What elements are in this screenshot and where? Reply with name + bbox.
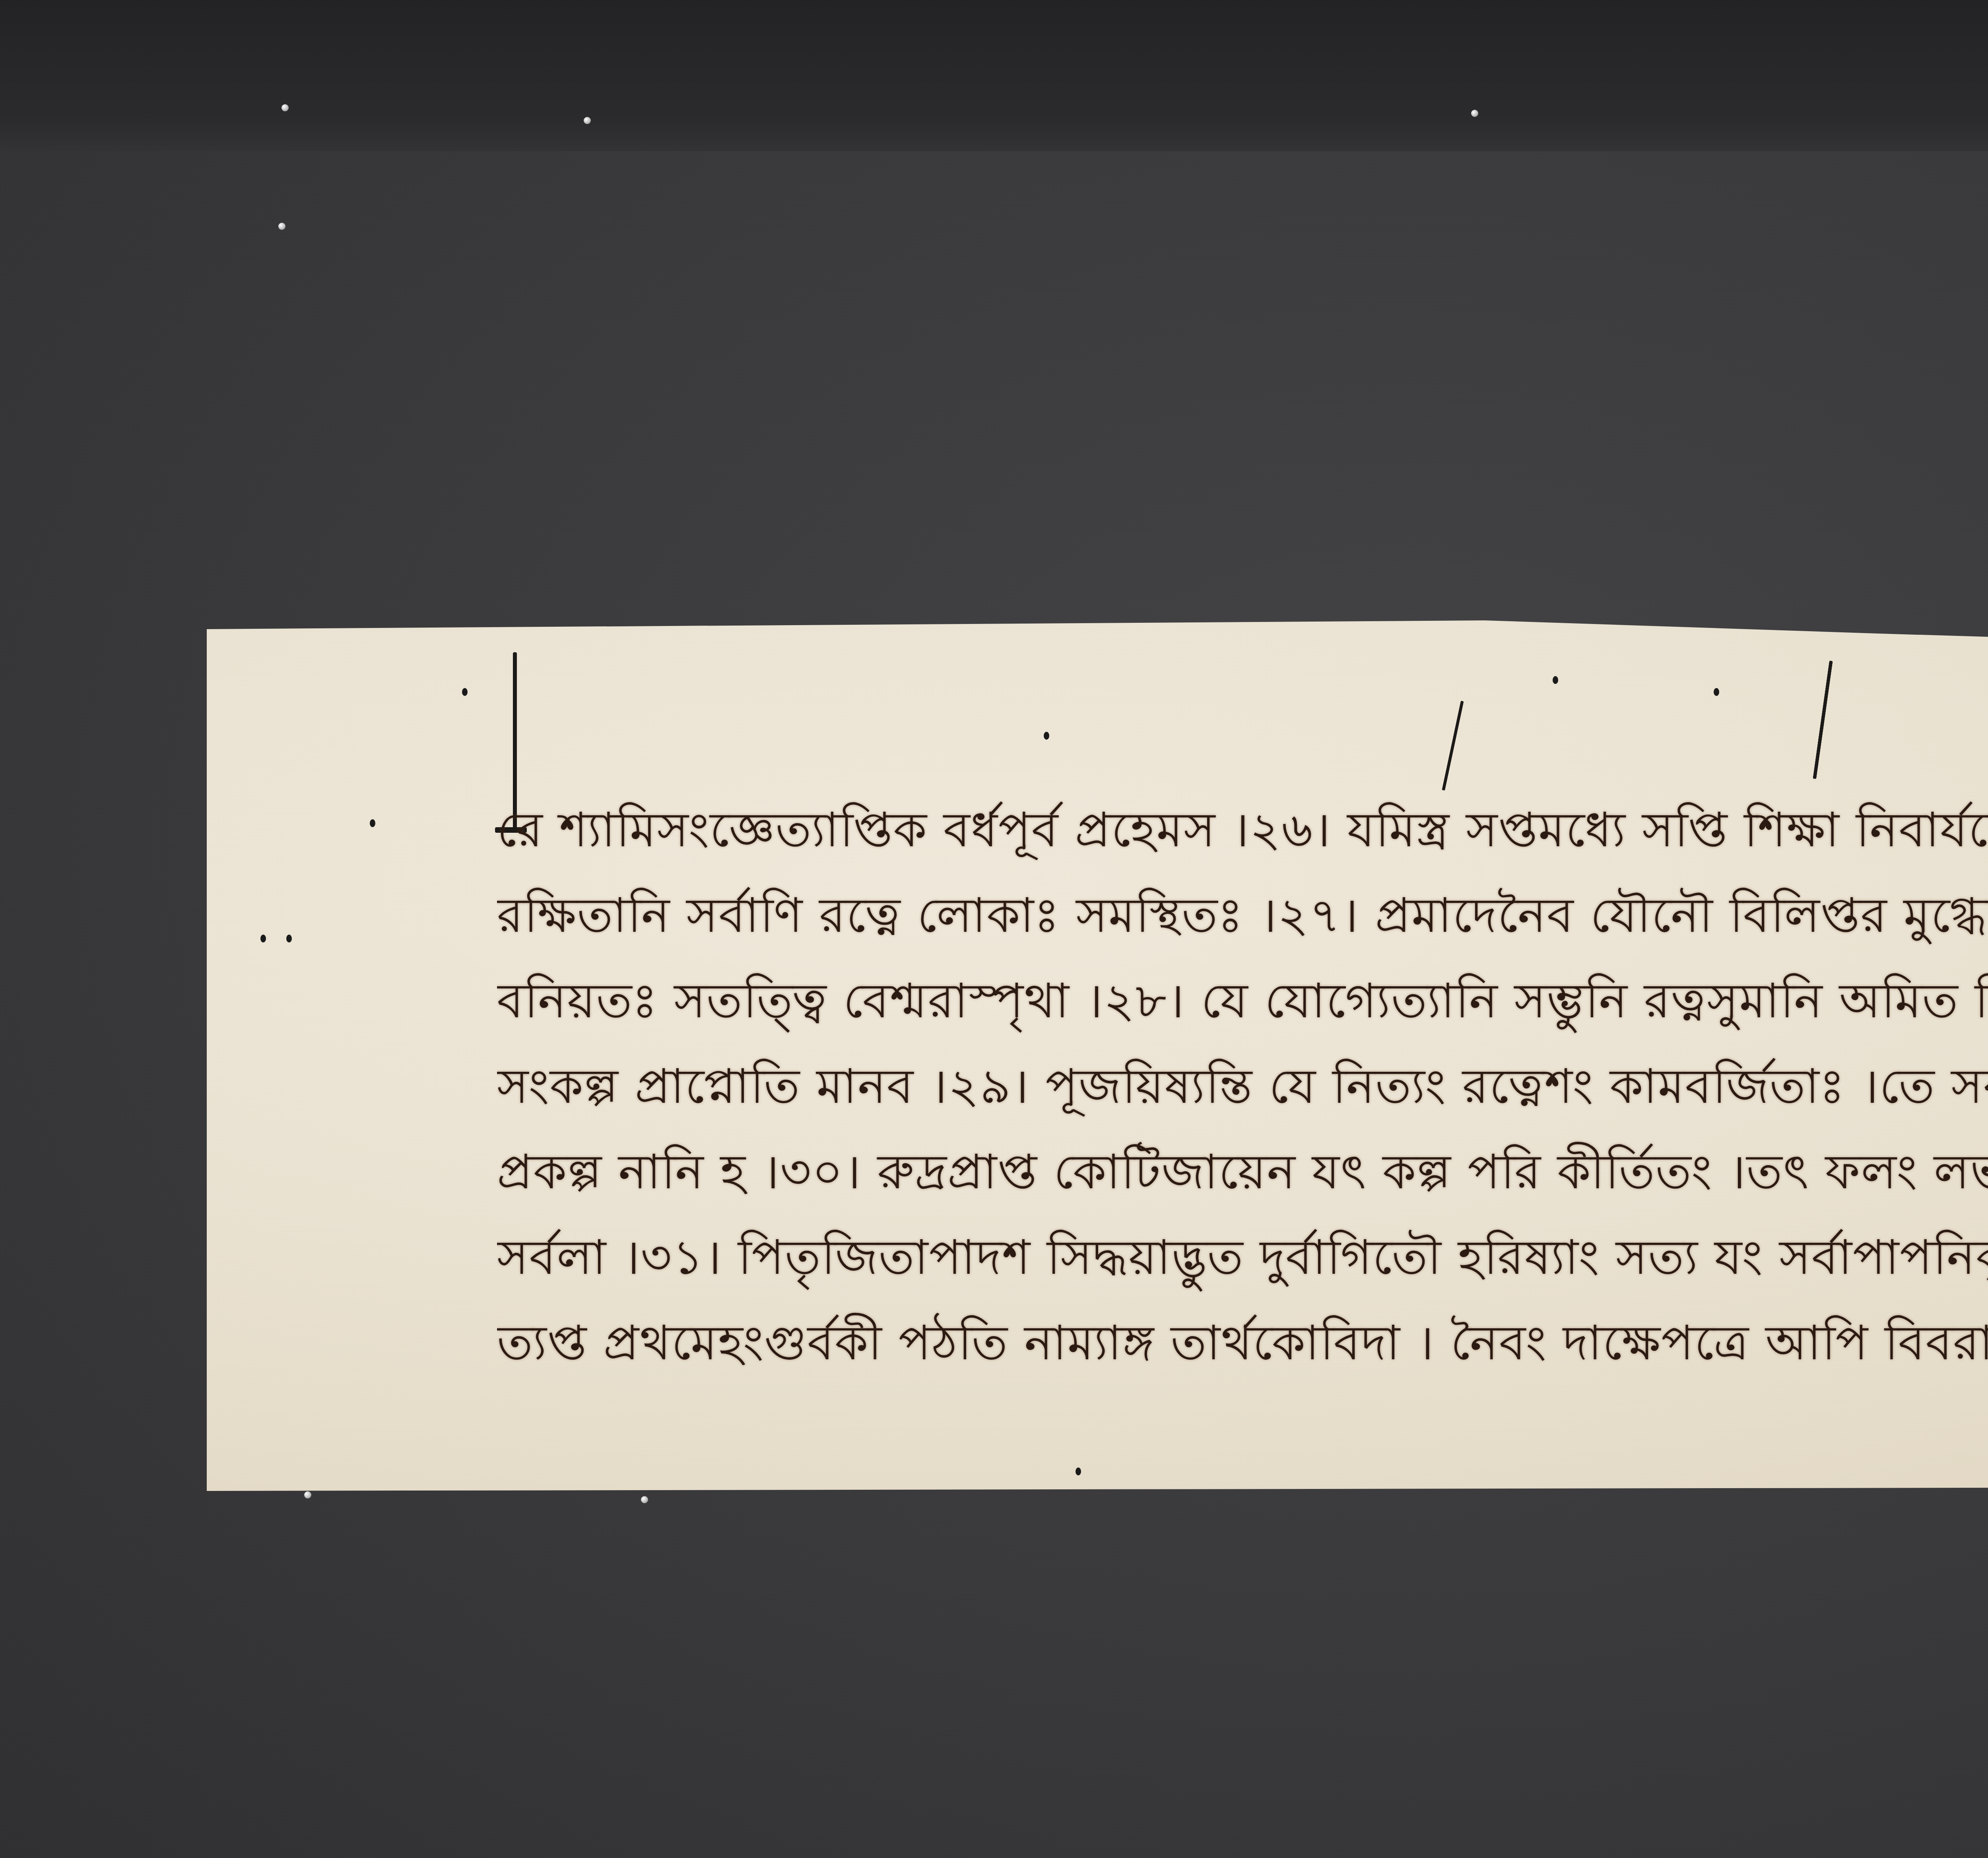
hole (1553, 676, 1558, 684)
script-line: সংকল্প প্রাপ্নোতি মানব ।২৯। পূজয়িষ্যন্ত… (497, 1044, 1988, 1129)
script-line: প্রকল্প নানি হ ।৩০। রুদ্রপ্রাপ্ত কোটিজায… (497, 1129, 1988, 1215)
hole (462, 688, 468, 696)
script-line: ত্যপ্ত প্রথমেহংগুর্বকী পঠতি নাম্যাঙ্গ তা… (497, 1300, 1988, 1386)
upper-dark-band (0, 0, 1988, 151)
script-line: সর্বলা ।৩১। পিতৃজিতাপাদশ সিদ্ধয়াদ্ভুত দ… (497, 1215, 1988, 1300)
pin (282, 104, 289, 111)
pin (278, 223, 285, 230)
hole (286, 935, 292, 943)
manuscript-text-block: রে শ্যামিসংজ্ঞেত্যাপ্তিক বর্ধপূর্ব প্রহে… (497, 787, 1988, 1386)
hole (1076, 1467, 1081, 1475)
hole (1044, 732, 1049, 740)
hole (260, 935, 266, 943)
script-line: রে শ্যামিসংজ্ঞেত্যাপ্তিক বর্ধপূর্ব প্রহে… (497, 787, 1988, 873)
hole (370, 819, 375, 827)
pin (1471, 110, 1478, 117)
script-line: রক্ষিতানি সর্বাণি রত্নে লোকাঃ সমস্থিতঃ ।… (497, 873, 1988, 958)
pin (304, 1491, 311, 1498)
script-line: বনিয়তঃ সতত্ত্বি বেশ্মরাস্পৃথা ।২৮। যে য… (497, 958, 1988, 1044)
pin (641, 1496, 648, 1503)
pin (584, 117, 591, 124)
hole (1714, 688, 1719, 696)
